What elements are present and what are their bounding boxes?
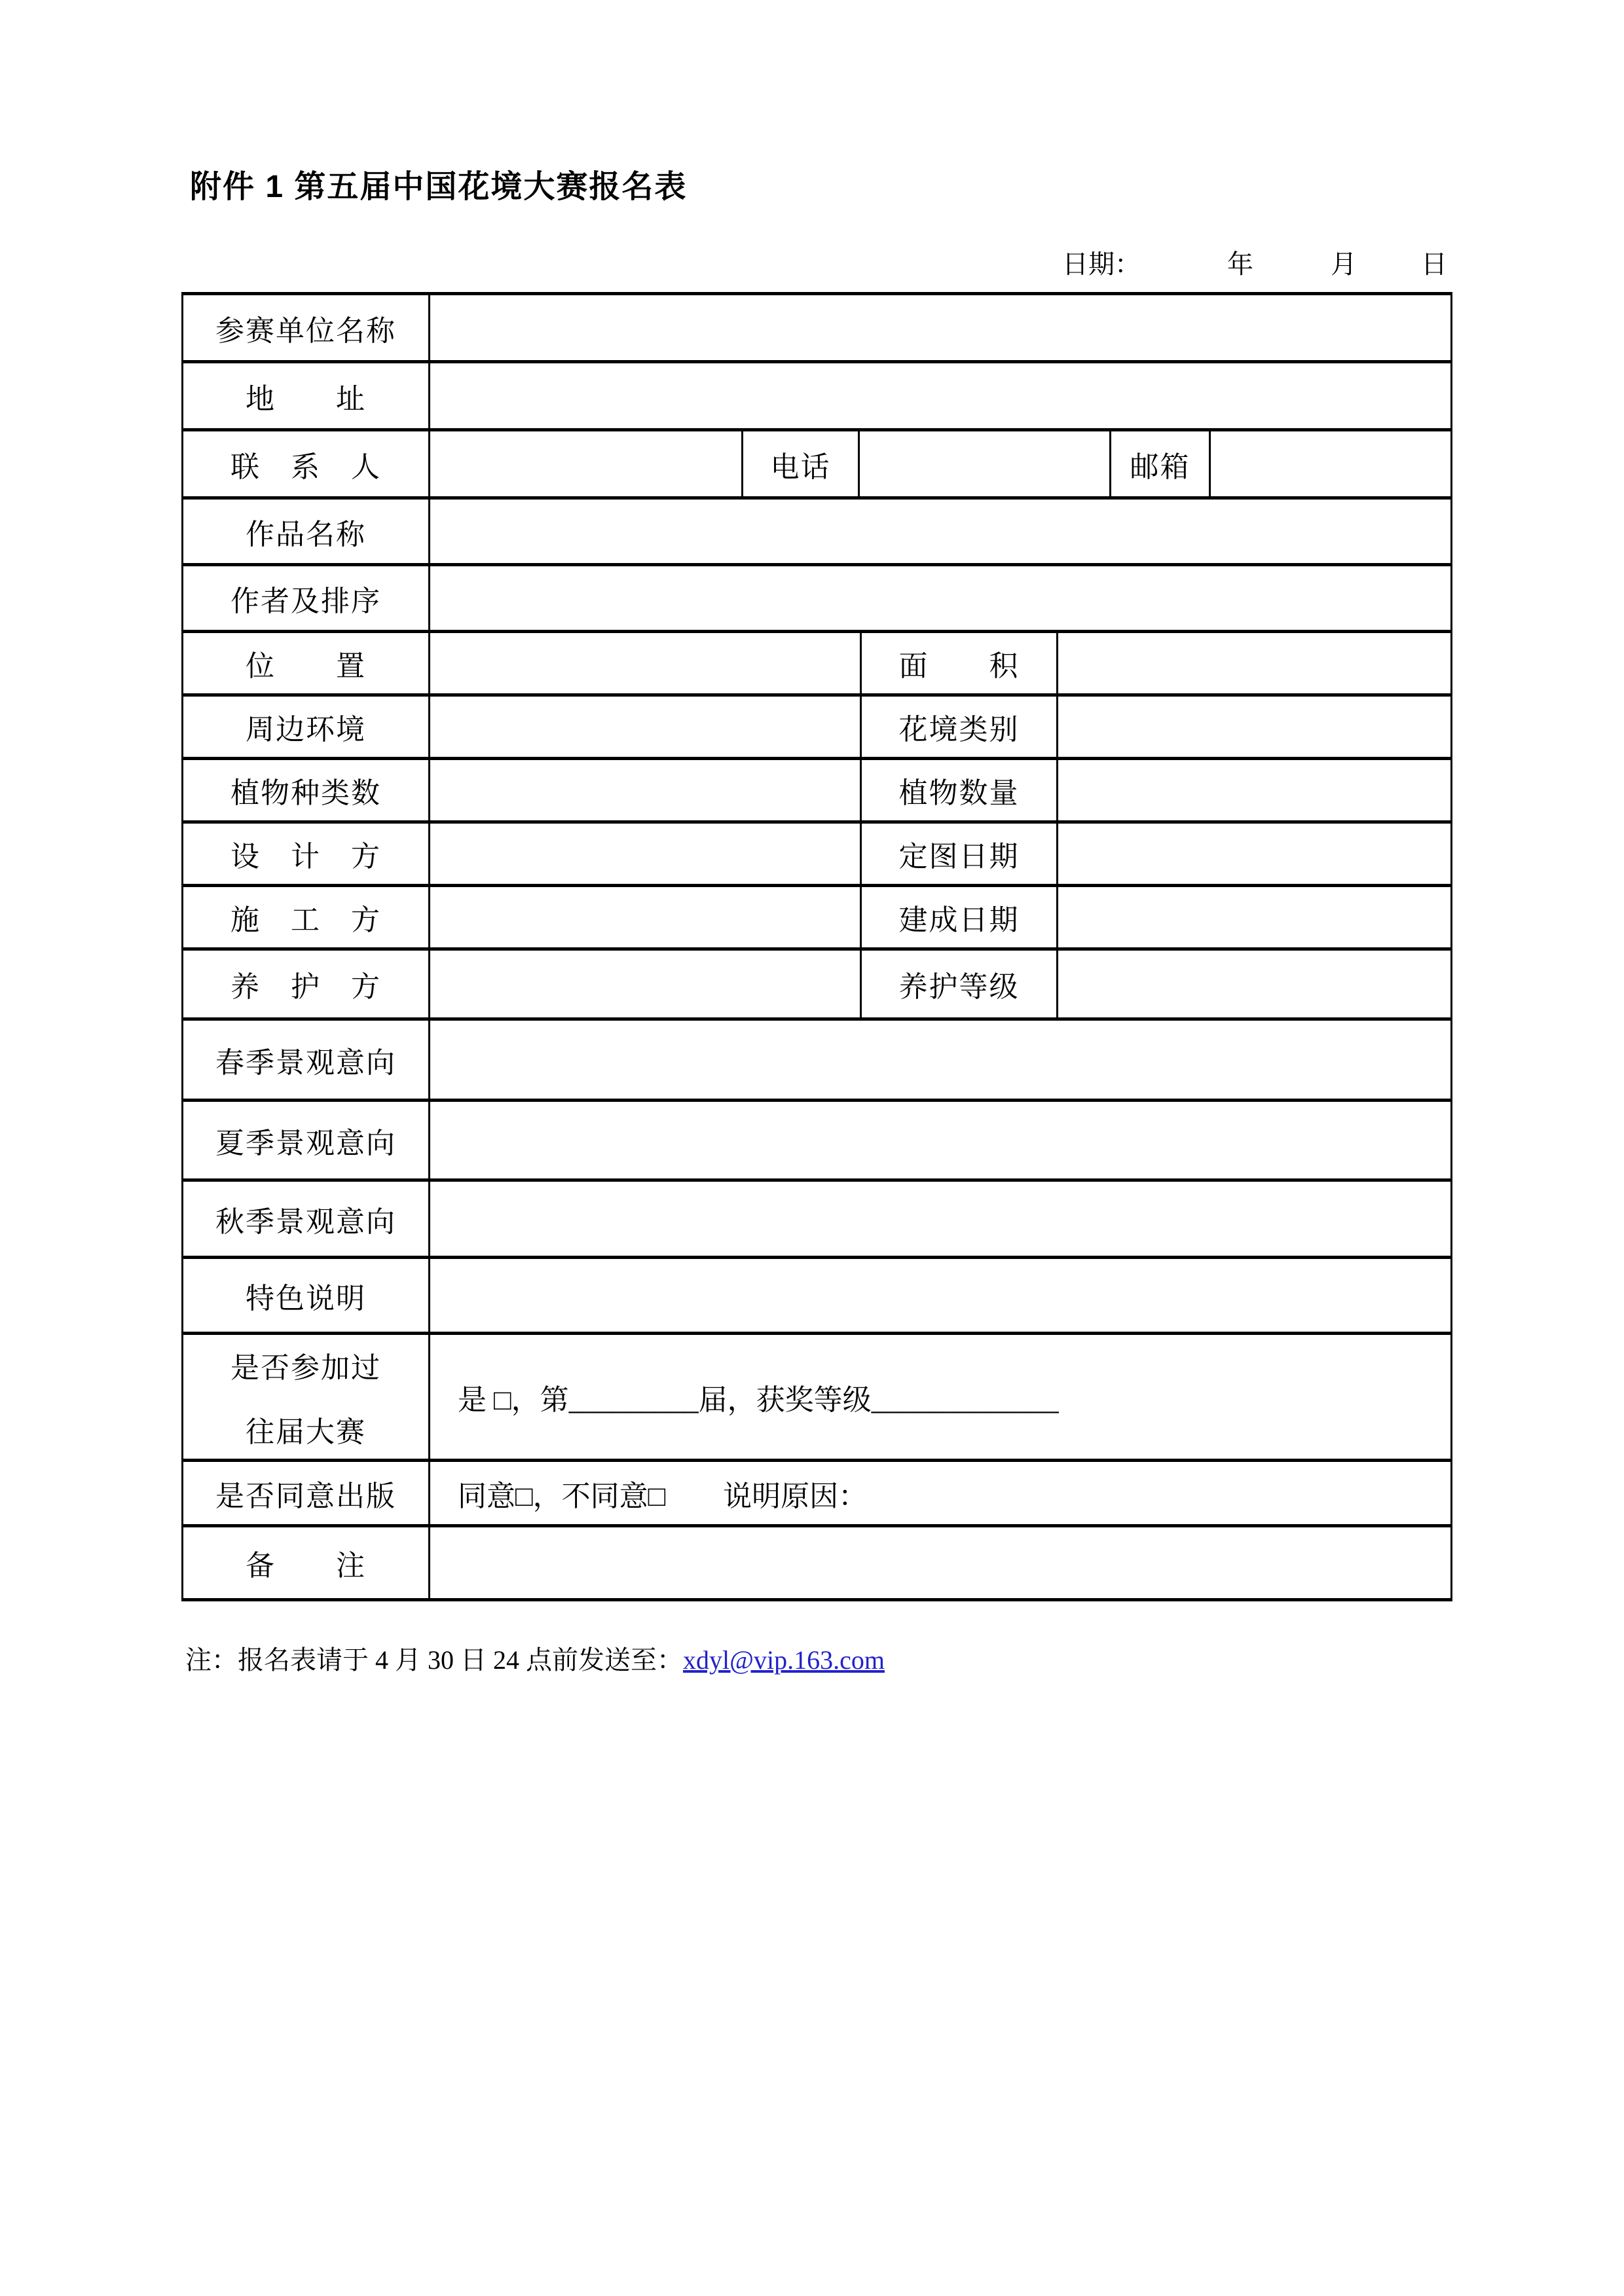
row-features: 特色说明 (183, 1259, 1450, 1335)
row-designer-drawingdate: 设 计 方 定图日期 (183, 824, 1450, 887)
summer-view-input-cell[interactable] (430, 1102, 1450, 1178)
email-input-cell[interactable] (1211, 431, 1450, 496)
address-label: 地 址 (183, 363, 430, 428)
maintainer-input-cell[interactable] (430, 951, 862, 1017)
row-authors: 作者及排序 (183, 566, 1450, 633)
autumn-view-input-cell[interactable] (430, 1182, 1450, 1256)
location-label: 位 置 (183, 633, 430, 693)
spring-view-label: 春季景观意向 (183, 1021, 430, 1099)
row-unit-name: 参赛单位名称 (183, 295, 1450, 363)
unit-name-input-cell[interactable] (430, 295, 1450, 360)
row-location-area: 位 置 面 积 (183, 633, 1450, 697)
remarks-label: 备 注 (183, 1527, 430, 1598)
maintenance-level-label: 养护等级 (862, 951, 1058, 1017)
features-label: 特色说明 (183, 1259, 430, 1332)
past-participation-label: 是否参加过 往届大赛 (183, 1335, 430, 1459)
document-title: 附件 1 第五届中国花境大赛报名表 (190, 161, 687, 206)
phone-label: 电话 (743, 431, 860, 496)
row-maintainer-level: 养 护 方 养护等级 (183, 951, 1450, 1021)
date-year-label: 年 (1227, 244, 1253, 281)
row-species-quantity: 植物种类数 植物数量 (183, 760, 1450, 824)
row-publish-consent: 是否同意出版 同意□，不同意□ 说明原因： (183, 1462, 1450, 1527)
border-category-input-cell[interactable] (1058, 697, 1450, 757)
location-input-cell[interactable] (430, 633, 862, 693)
summer-view-label: 夏季景观意向 (183, 1102, 430, 1178)
address-input-cell[interactable] (430, 363, 1450, 428)
footer-note-text: 注：报名表请于 4 月 30 日 24 点前发送至： (185, 1645, 683, 1675)
spring-view-input-cell[interactable] (430, 1021, 1450, 1099)
surroundings-label: 周边环境 (183, 697, 430, 757)
authors-label: 作者及排序 (183, 566, 430, 630)
row-surroundings-category: 周边环境 花境类别 (183, 697, 1450, 760)
autumn-view-label: 秋季景观意向 (183, 1182, 430, 1256)
completion-date-label: 建成日期 (862, 887, 1058, 947)
species-count-label: 植物种类数 (183, 760, 430, 820)
contact-label: 联 系 人 (183, 431, 430, 496)
publish-consent-label: 是否同意出版 (183, 1462, 430, 1524)
past-participation-label-line2: 往届大赛 (246, 1408, 366, 1450)
unit-name-label: 参赛单位名称 (183, 295, 430, 360)
builder-label: 施 工 方 (183, 887, 430, 947)
contact-input-cell[interactable] (430, 431, 743, 496)
border-category-label: 花境类别 (862, 697, 1058, 757)
row-spring-view: 春季景观意向 (183, 1021, 1450, 1102)
past-participation-input-cell[interactable]: 是 □，第_________届，获奖等级_____________ (430, 1335, 1450, 1459)
drawing-date-input-cell[interactable] (1058, 824, 1450, 884)
drawing-date-label: 定图日期 (862, 824, 1058, 884)
maintenance-level-input-cell[interactable] (1058, 951, 1450, 1017)
designer-label: 设 计 方 (183, 824, 430, 884)
plant-quantity-input-cell[interactable] (1058, 760, 1450, 820)
surroundings-input-cell[interactable] (430, 697, 862, 757)
area-label: 面 积 (862, 633, 1058, 693)
row-remarks: 备 注 (183, 1527, 1450, 1598)
row-builder-completiondate: 施 工 方 建成日期 (183, 887, 1450, 951)
authors-input-cell[interactable] (430, 566, 1450, 630)
footer-note: 注：报名表请于 4 月 30 日 24 点前发送至：xdyl@vip.163.c… (185, 1639, 885, 1677)
work-name-input-cell[interactable] (430, 500, 1450, 563)
date-label: 日期： (1062, 244, 1141, 281)
row-past-participation: 是否参加过 往届大赛 是 □，第_________届，获奖等级_________… (183, 1335, 1450, 1462)
remarks-input-cell[interactable] (430, 1527, 1450, 1598)
past-participation-label-line1: 是否参加过 (231, 1344, 381, 1386)
row-autumn-view: 秋季景观意向 (183, 1182, 1450, 1259)
registration-form-table: 参赛单位名称 地 址 联 系 人 电话 邮箱 作品名称 作者及排序 位 置 面 (181, 292, 1452, 1601)
date-month-label: 月 (1331, 244, 1357, 281)
row-summer-view: 夏季景观意向 (183, 1102, 1450, 1182)
row-contact: 联 系 人 电话 邮箱 (183, 431, 1450, 500)
completion-date-input-cell[interactable] (1058, 887, 1450, 947)
row-work-name: 作品名称 (183, 500, 1450, 566)
builder-input-cell[interactable] (430, 887, 862, 947)
area-input-cell[interactable] (1058, 633, 1450, 693)
designer-input-cell[interactable] (430, 824, 862, 884)
phone-input-cell[interactable] (860, 431, 1111, 496)
species-count-input-cell[interactable] (430, 760, 862, 820)
document-page: 附件 1 第五届中国花境大赛报名表 日期： 年 月 日 参赛单位名称 地 址 联… (0, 0, 1624, 2296)
maintainer-label: 养 护 方 (183, 951, 430, 1017)
email-link[interactable]: xdyl@vip.163.com (683, 1645, 885, 1675)
email-label: 邮箱 (1111, 431, 1211, 496)
features-input-cell[interactable] (430, 1259, 1450, 1332)
publish-consent-input-cell[interactable]: 同意□，不同意□ 说明原因： (430, 1462, 1450, 1524)
date-day-label: 日 (1421, 244, 1447, 281)
plant-quantity-label: 植物数量 (862, 760, 1058, 820)
work-name-label: 作品名称 (183, 500, 430, 563)
row-address: 地 址 (183, 363, 1450, 431)
